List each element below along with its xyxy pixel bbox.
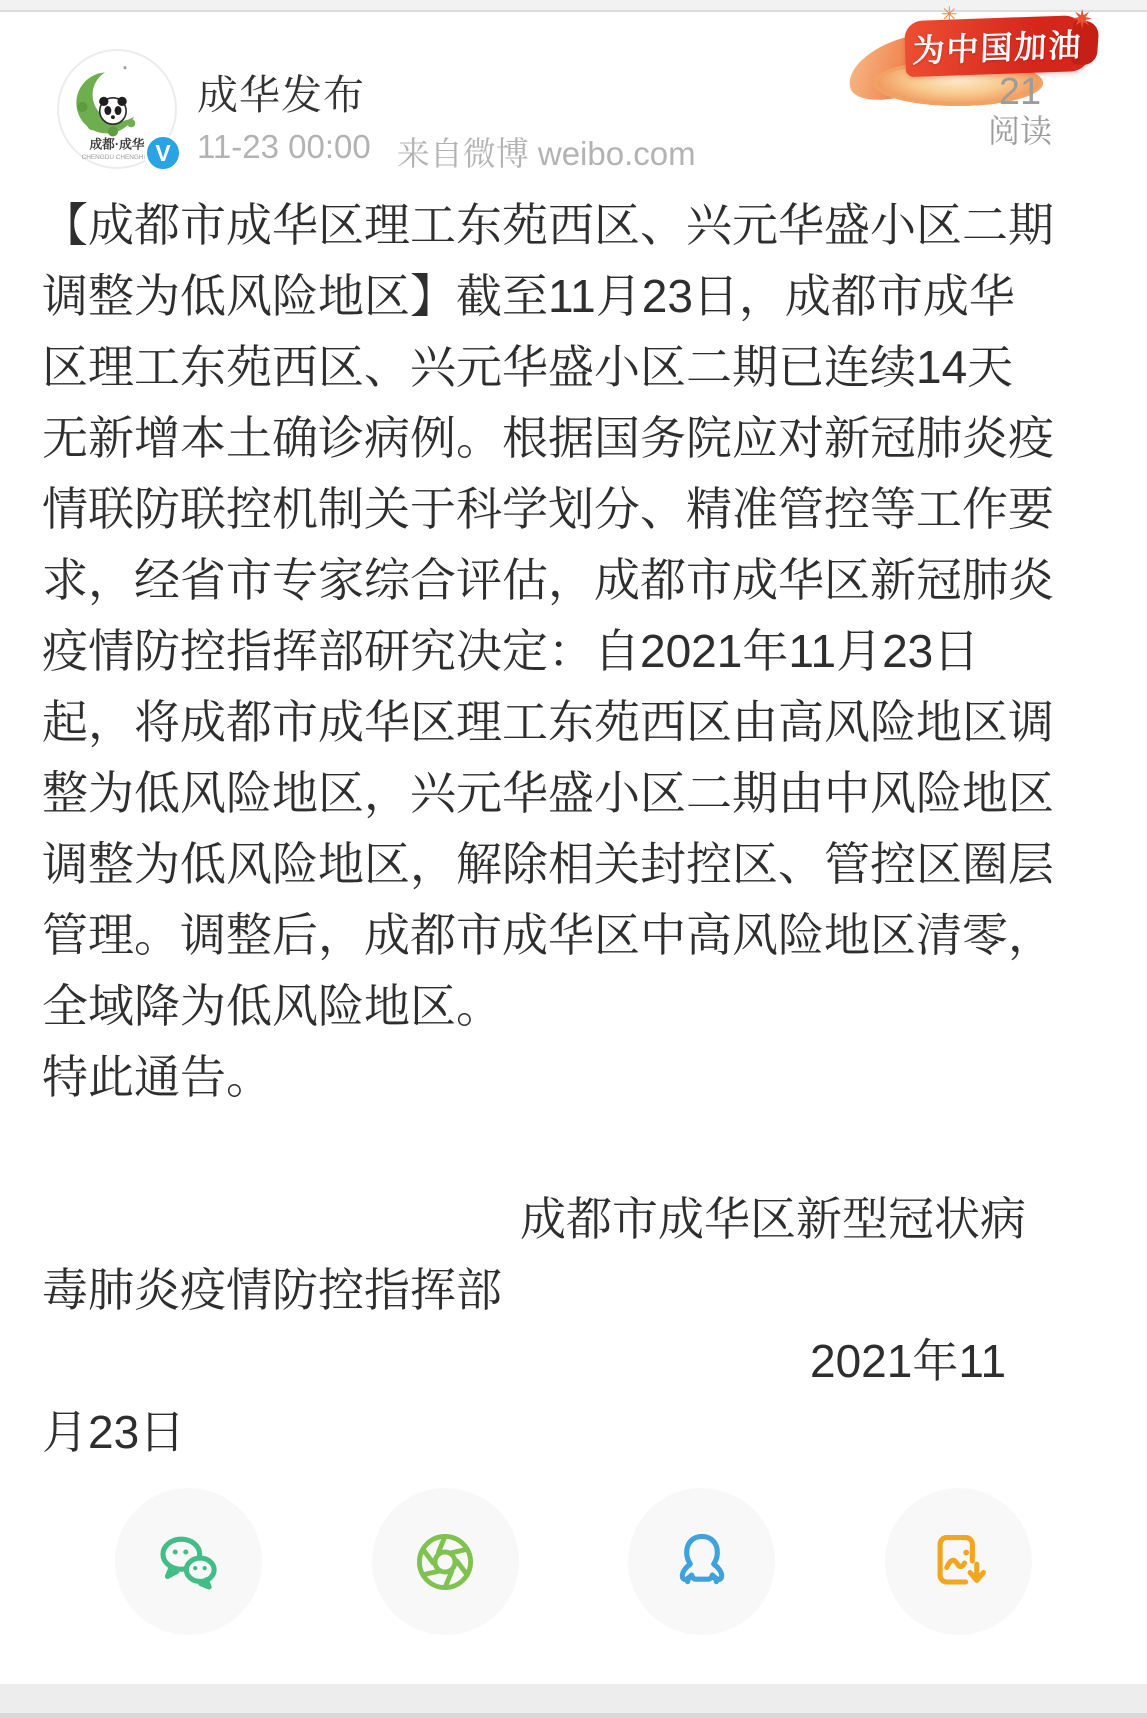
signature-line: 2021年11 <box>42 1326 1105 1397</box>
body-line: 情联防联控机制关于科学划分、精准管控等工作要 <box>42 474 1105 545</box>
badge-text: 为中国加油 <box>904 15 1091 78</box>
body-line: 区理工东苑西区、兴元华盛小区二期已连续14天 <box>42 332 1105 403</box>
body-line: 求，经省市专家综合评估，成都市成华区新冠肺炎 <box>42 545 1105 616</box>
avatar-en-text: CHENGDU CHENGHUA <box>82 154 153 161</box>
share-save-button[interactable] <box>885 1488 1032 1635</box>
qq-icon <box>662 1522 742 1602</box>
body-line: 【成都市成华区理工东苑西区、兴元华盛小区二期 <box>42 190 1105 261</box>
signature: 成都市成华区新型冠状病毒肺炎疫情防控指挥部2021年11月23日 <box>42 1184 1105 1468</box>
body-line: 特此通告。 <box>42 1042 1105 1113</box>
read-count-label: 阅读 <box>960 112 1080 150</box>
avatar-cn-text: 成都·成华 <box>90 137 145 152</box>
body-line: 调整为低风险地区，解除相关封控区、管控区圈层 <box>42 829 1105 900</box>
read-count: 21 阅读 <box>960 72 1080 150</box>
post-meta: 11-23 00:00 来自微博 weibo.com <box>197 128 696 175</box>
wechat-icon <box>148 1522 228 1602</box>
body-line: 疫情防控指挥部研究决定：自2021年11月23日 <box>42 616 1105 687</box>
signature-line: 月23日 <box>42 1397 1105 1468</box>
read-count-number: 21 <box>960 72 1080 112</box>
body-line: 整为低风险地区，兴元华盛小区二期由中风险地区 <box>42 758 1105 829</box>
signature-line: 毒肺炎疫情防控指挥部 <box>42 1255 1105 1326</box>
share-wechat-button[interactable] <box>115 1488 262 1635</box>
body-line: 管理。调整后，成都市成华区中高风险地区清零， <box>42 900 1105 971</box>
share-qq-button[interactable] <box>628 1488 775 1635</box>
post-body: 【成都市成华区理工东苑西区、兴元华盛小区二期调整为低风险地区】截至11月23日，… <box>42 190 1105 1113</box>
verified-badge: V <box>144 134 182 172</box>
share-row <box>0 1488 1147 1635</box>
body-line: 无新增本土确诊病例。根据国务院应对新冠肺炎疫 <box>42 403 1105 474</box>
author-name[interactable]: 成华发布 <box>197 62 365 121</box>
timestamp: 11-23 00:00 <box>197 128 371 175</box>
weibo-post-card: 成都·成华 CHENGDU CHENGHUA V 成华发布 11-23 00:0… <box>0 0 1147 1718</box>
bottom-strip <box>0 1684 1147 1718</box>
body-line: 调整为低风险地区】截至11月23日，成都市成华 <box>42 261 1105 332</box>
avatar[interactable]: 成都·成华 CHENGDU CHENGHUA V <box>56 48 178 170</box>
body-line: 起，将成都市成华区理工东苑西区由高风险地区调 <box>42 687 1105 758</box>
moments-icon <box>405 1522 485 1602</box>
save-image-icon <box>919 1522 999 1602</box>
share-moments-button[interactable] <box>372 1488 519 1635</box>
post-header: 成都·成华 CHENGDU CHENGHUA V 成华发布 11-23 00:0… <box>0 10 1147 190</box>
badge-ribbon: 为中国加油 <box>904 15 1091 77</box>
source-label[interactable]: 来自微博 weibo.com <box>397 128 696 175</box>
body-line: 全域降为低风险地区。 <box>42 971 1105 1042</box>
signature-line: 成都市成华区新型冠状病 <box>42 1184 1105 1255</box>
